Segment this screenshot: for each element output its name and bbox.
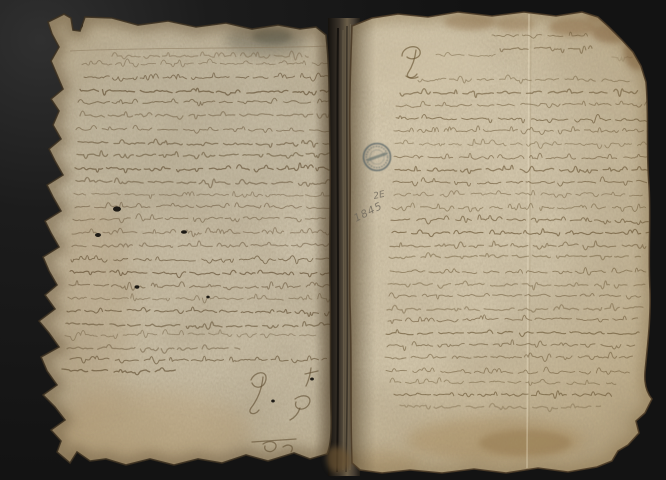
worm-hole [310, 378, 314, 381]
worm-hole [206, 296, 209, 299]
manuscript-photo-svg: 2E 1845 [0, 0, 666, 480]
manuscript-photo: 2E 1845 [0, 0, 666, 480]
worm-hole [181, 230, 187, 234]
stain [479, 430, 571, 456]
worm-hole [113, 206, 121, 211]
archive-stamp [364, 144, 391, 171]
worm-hole [95, 233, 101, 237]
worm-hole [271, 400, 275, 403]
gutter-side-shading [348, 12, 376, 478]
worm-hole [135, 285, 140, 288]
gutter-shadow-line [337, 28, 338, 472]
